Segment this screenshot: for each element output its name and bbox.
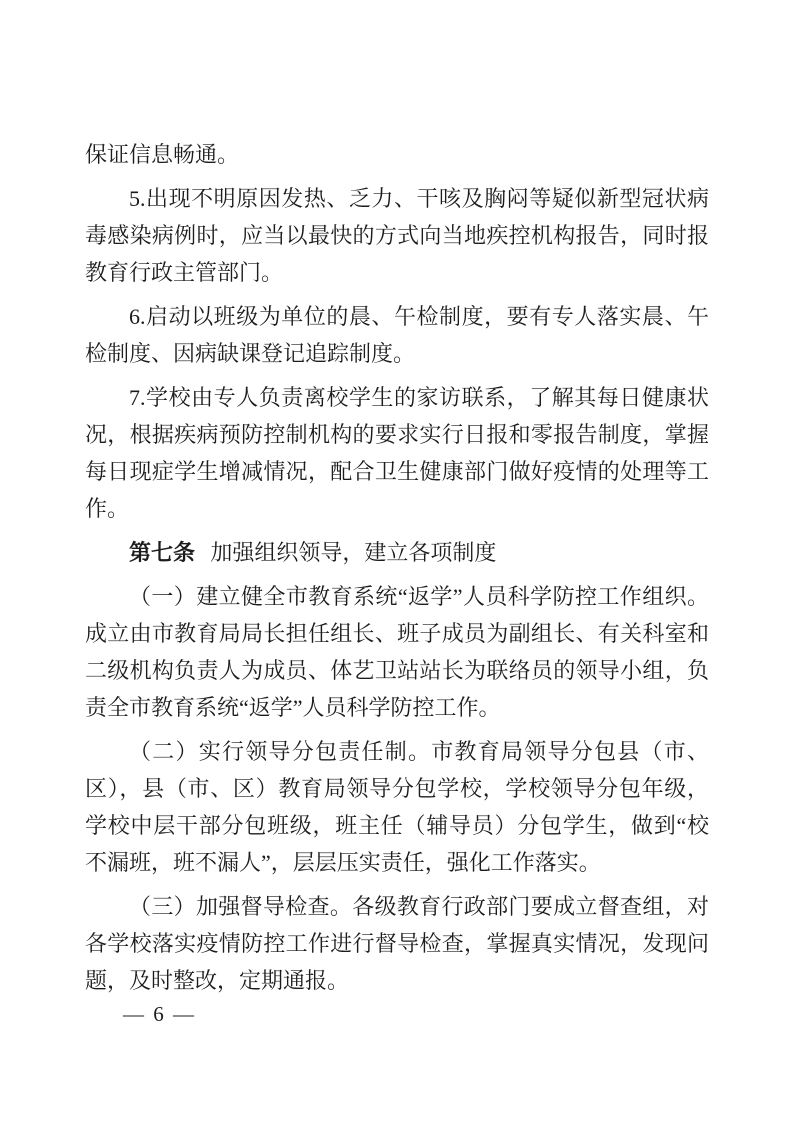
paragraph-item-7: 7.学校由专人负责离校学生的家访联系，了解其每日健康状况，根据疾病预防控制机构的… <box>85 379 709 527</box>
paragraph-item-6: 6.启动以班级为单位的晨、午检制度，要有专人落实晨、午检制度、因病缺课登记追踪制… <box>85 298 709 372</box>
document-page: 保证信息畅通。 5.出现不明原因发热、乏力、干咳及胸闷等疑似新型冠状病毒感染病例… <box>0 0 794 1123</box>
document-body: 保证信息畅通。 5.出现不明原因发热、乏力、干咳及胸闷等疑似新型冠状病毒感染病例… <box>85 136 709 1006</box>
paragraph-item-5: 5.出现不明原因发热、乏力、干咳及胸闷等疑似新型冠状病毒感染病例时，应当以最快的… <box>85 180 709 291</box>
section-heading-number: 第七条 <box>129 540 195 565</box>
paragraph-continuation: 保证信息畅通。 <box>85 136 709 173</box>
subsection-one: （一）建立健全市教育系统“返学”人员科学防控工作组织。成立由市教育局局长担任组长… <box>85 578 709 726</box>
section-heading-title: 加强组织领导，建立各项制度 <box>210 540 496 565</box>
subsection-three: （三）加强督导检查。各级教育行政部门要成立督查组，对各学校落实疫情防控工作进行督… <box>85 888 709 999</box>
page-number: — 6 — <box>123 1002 196 1027</box>
subsection-two: （二）实行领导分包责任制。市教育局领导分包县（市、区），县（市、区）教育局领导分… <box>85 733 709 881</box>
section-heading: 第七条加强组织领导，建立各项制度 <box>85 534 709 571</box>
